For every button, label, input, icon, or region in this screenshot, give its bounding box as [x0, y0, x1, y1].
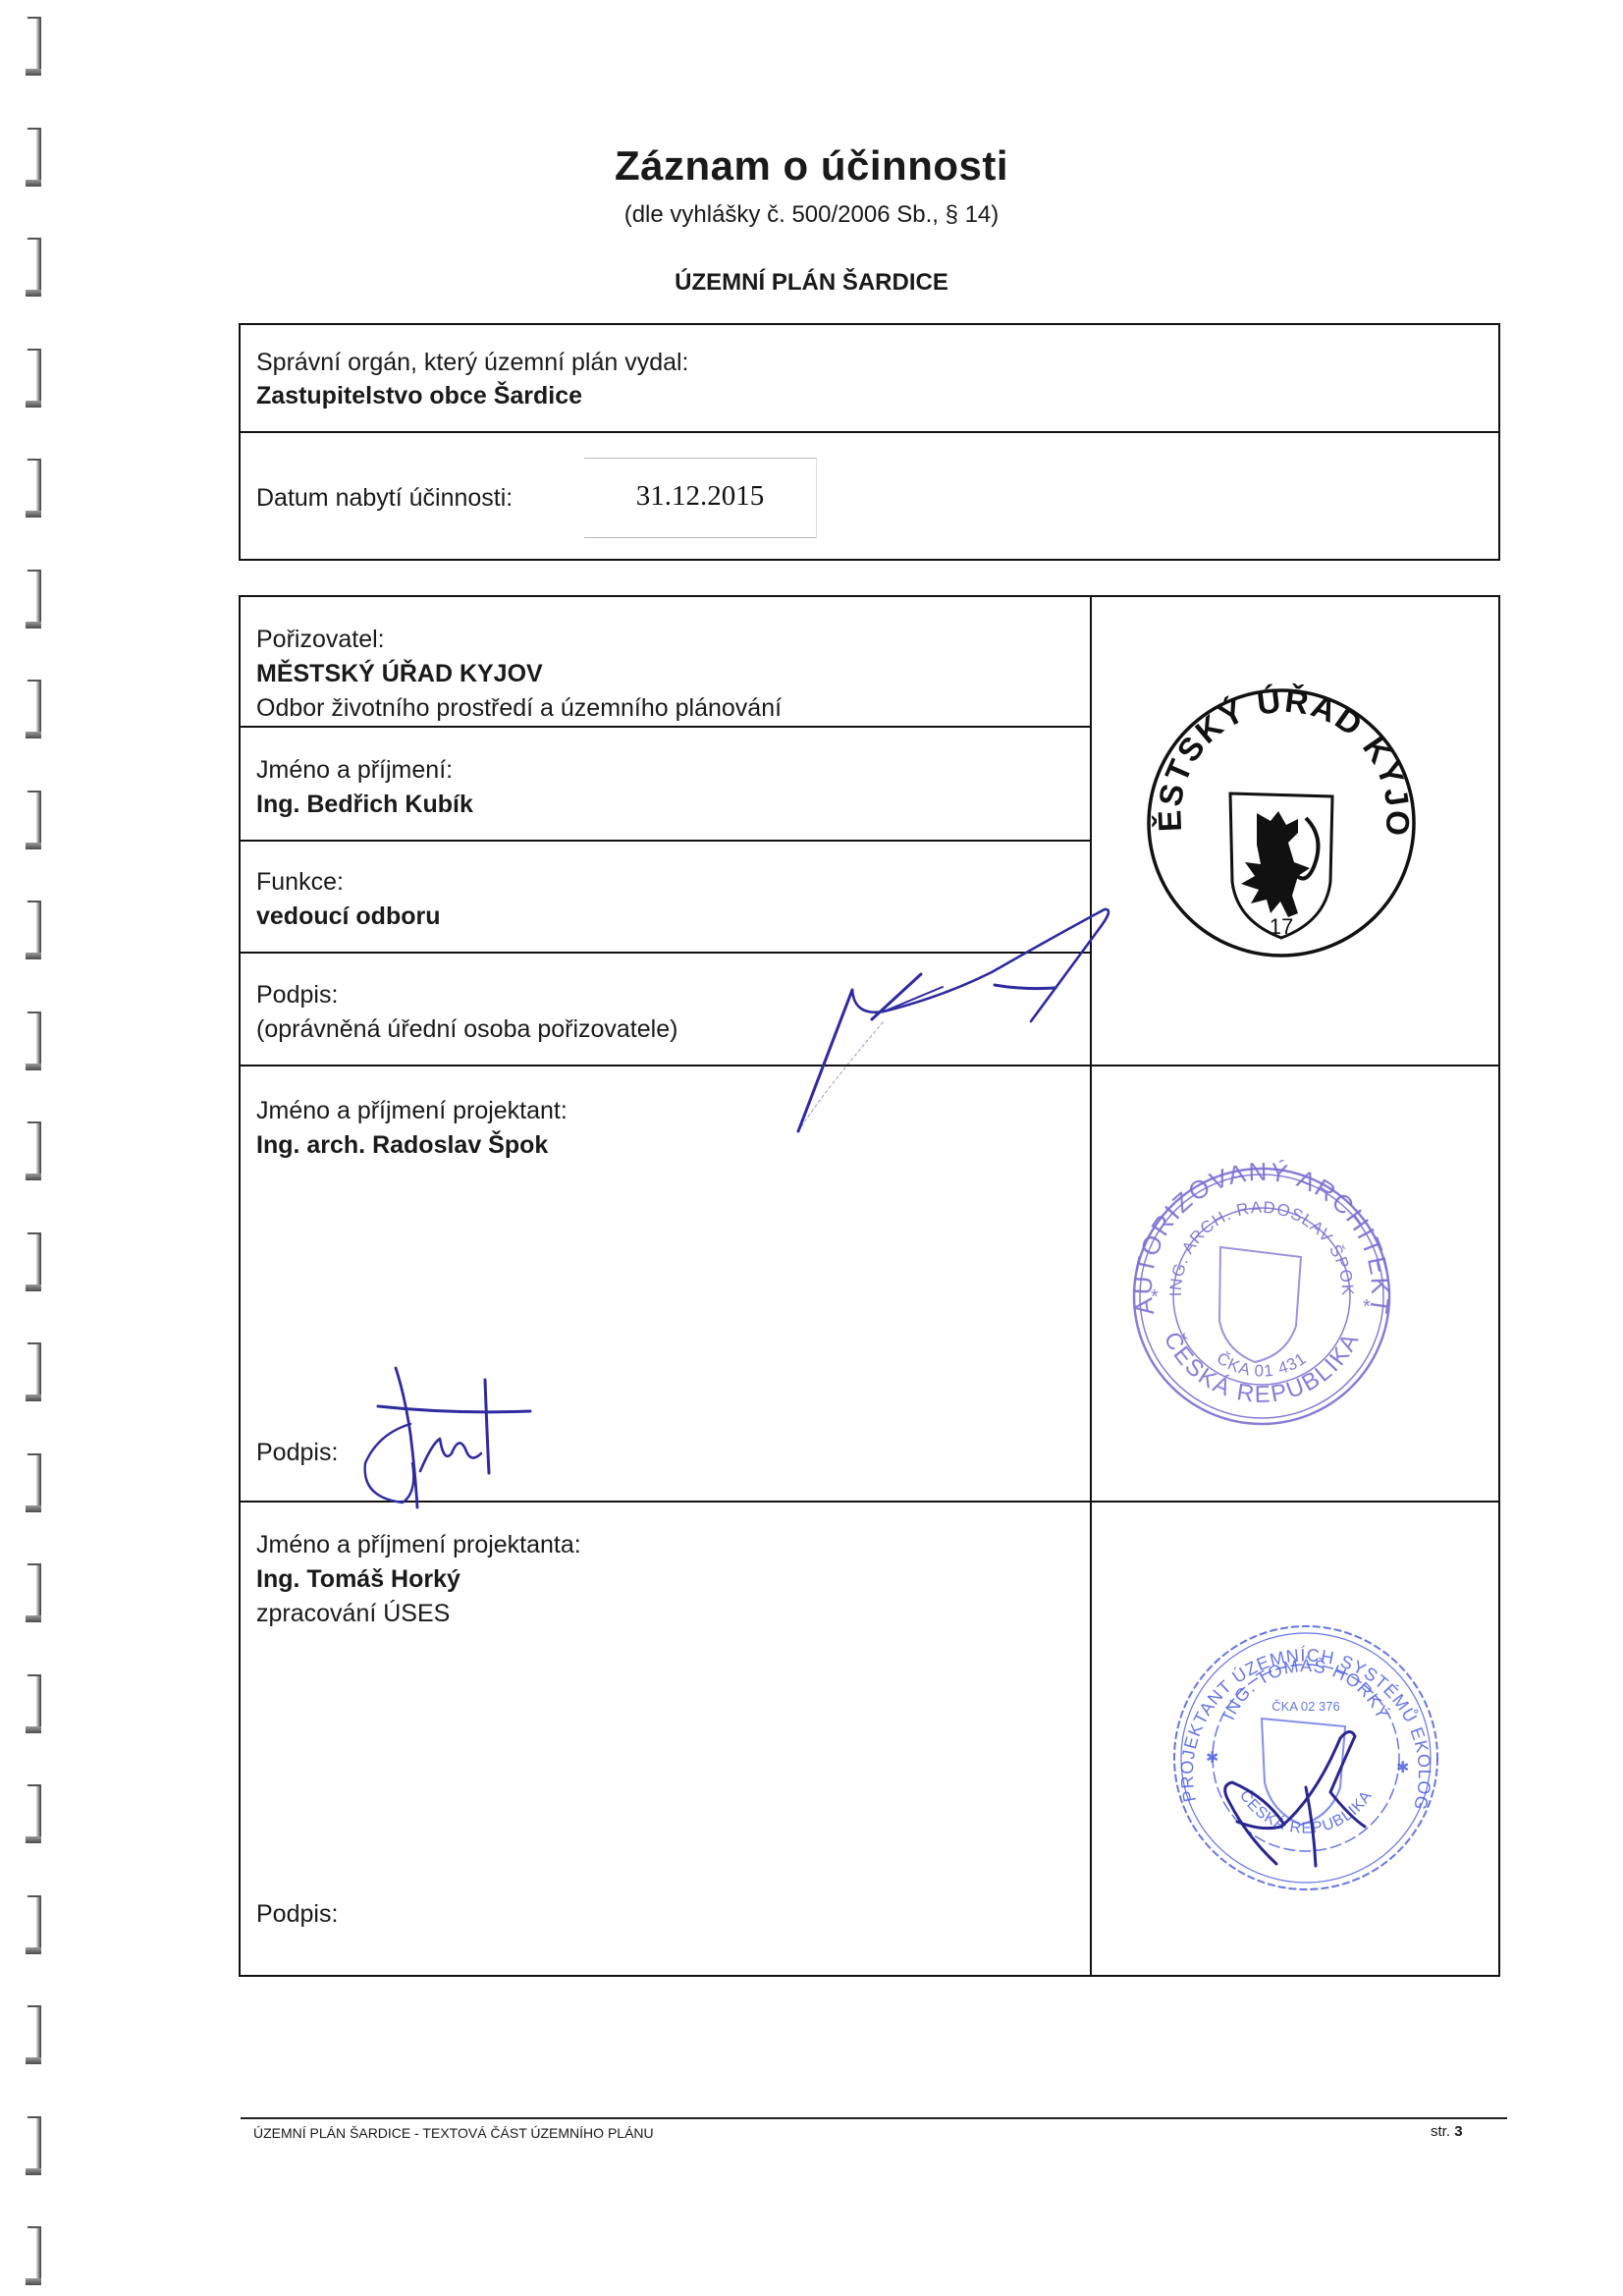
- designer2-label: Jméno a příjmení projektanta:: [256, 1528, 581, 1561]
- footer-divider: [241, 2117, 1507, 2119]
- svg-text:✱: ✱: [1396, 1760, 1409, 1777]
- page-number-value: 3: [1454, 2123, 1462, 2140]
- designer2-scope: zpracování ÚSES: [256, 1597, 450, 1630]
- signature-designer1: [0, 0, 1623, 2296]
- designer2-signature-label: Podpis:: [256, 1897, 338, 1931]
- stamp-autorizovany-projektant-uses: AUTORIZOVANÝ PROJEKTANT ÚZEMNÍCH SYSTÉMŮ…: [1168, 1620, 1443, 1895]
- svg-text:ČKA 02 376: ČKA 02 376: [1271, 1699, 1339, 1714]
- designer2-value: Ing. Tomáš Horký: [256, 1562, 460, 1596]
- coat-of-arms-icon: [1262, 1719, 1345, 1825]
- page-number: str. 3: [1431, 2123, 1463, 2140]
- page-prefix: str.: [1431, 2123, 1450, 2140]
- footer-title: ÚZEMNÍ PLÁN ŠARDICE - TEXTOVÁ ČÁST ÚZEMN…: [253, 2125, 654, 2141]
- svg-text:✱: ✱: [1206, 1750, 1218, 1767]
